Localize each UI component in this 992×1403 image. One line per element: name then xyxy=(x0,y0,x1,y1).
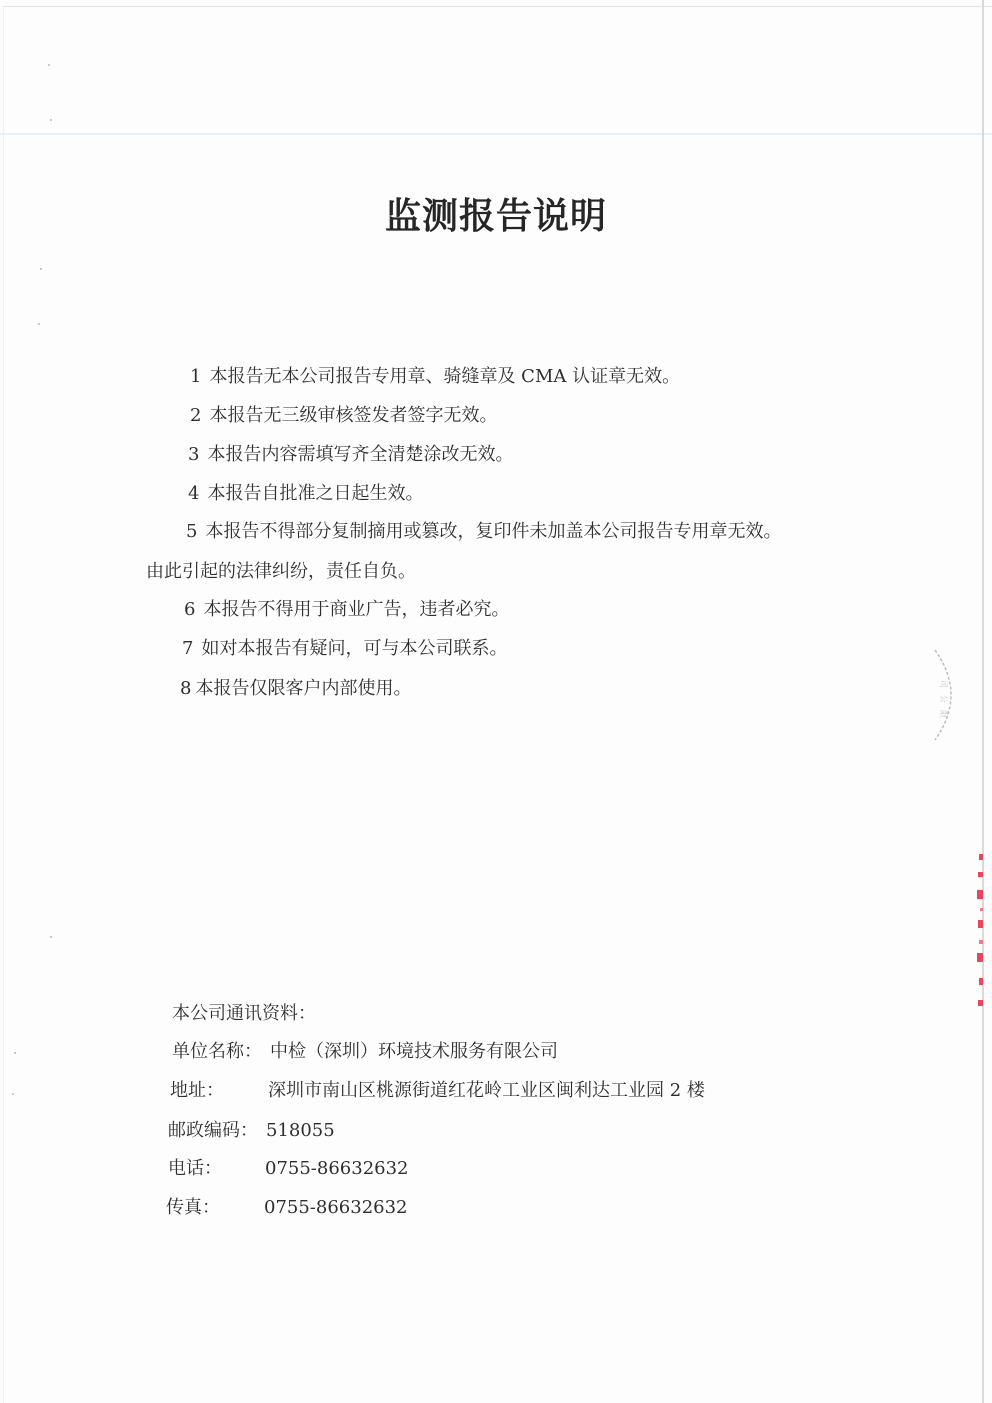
clause-4: 4本报告自批准之日起生效。 xyxy=(188,482,423,506)
postcode-label: 邮政编码： xyxy=(168,1120,258,1141)
clause-1: 1本报告无本公司报告专用章、骑缝章及 CMA 认证章无效。 xyxy=(190,365,680,389)
clause-3: 3本报告内容需填写齐全清楚涂改无效。 xyxy=(188,443,513,467)
address-label: 地址： xyxy=(170,1080,224,1101)
clause-number: 4 xyxy=(188,483,199,504)
scan-speck xyxy=(14,1052,16,1054)
contact-company-row: 单位名称： 中检（深圳）环境技术服务有限公司 xyxy=(172,1040,772,1064)
scan-speck xyxy=(50,936,52,938)
scan-blue-rule xyxy=(0,133,992,135)
page-title: 监测报告说明 xyxy=(0,188,992,239)
clause-text: 本报告无本公司报告专用章、骑缝章及 CMA 认证章无效。 xyxy=(209,366,680,387)
clause-2: 2本报告无三级审核签发者签字无效。 xyxy=(190,404,497,428)
clause-number: 8 xyxy=(180,678,191,699)
company-value: 中检（深圳）环境技术服务有限公司 xyxy=(270,1040,558,1064)
fax-label: 传真： xyxy=(166,1197,220,1218)
clause-8: 8本报告仅限客户内部使用。 xyxy=(180,677,411,701)
scan-top-edge xyxy=(4,6,992,7)
clause-5-continuation: 由此引起的法律纠纷，责任自负。 xyxy=(146,560,416,584)
scan-speck xyxy=(40,268,42,270)
clause-text: 本报告内容需填写齐全清楚涂改无效。 xyxy=(207,444,513,465)
clause-number: 7 xyxy=(182,638,193,659)
svg-text:司: 司 xyxy=(939,680,948,688)
clause-number: 1 xyxy=(190,366,201,387)
phone-value: 0755-86632632 xyxy=(265,1157,409,1181)
fax-value: 0755-86632632 xyxy=(264,1196,408,1220)
contact-phone-row: 电话： 0755-86632632 xyxy=(168,1157,768,1181)
address-value: 深圳市南山区桃源街道红花岭工业区闽利达工业园 2 楼 xyxy=(268,1079,705,1103)
clause-text: 本报告自批准之日起生效。 xyxy=(207,483,423,504)
clause-text: 本报告不得用于商业广告，违者必究。 xyxy=(203,599,509,620)
scan-speck xyxy=(50,119,52,121)
clause-text: 本报告无三级审核签发者签字无效。 xyxy=(209,405,497,426)
clause-7: 7如对本报告有疑问，可与本公司联系。 xyxy=(182,637,507,661)
contact-fax-row: 传真： 0755-86632632 xyxy=(166,1196,766,1220)
clause-5: 5本报告不得部分复制摘用或篡改，复印件未加盖本公司报告专用章无效。 xyxy=(186,520,781,544)
seal-stamp-icon: 司 公 限 xyxy=(905,645,965,745)
company-label: 单位名称： xyxy=(172,1041,262,1062)
scan-speck xyxy=(12,1093,14,1095)
clause-number: 5 xyxy=(186,521,197,542)
svg-text:限: 限 xyxy=(939,710,948,718)
svg-text:公: 公 xyxy=(939,695,948,703)
clause-number: 6 xyxy=(184,599,195,620)
clause-text: 如对本报告有疑问，可与本公司联系。 xyxy=(201,638,507,659)
contact-address-row: 地址： 深圳市南山区桃源街道红花岭工业区闽利达工业园 2 楼 xyxy=(170,1079,770,1103)
phone-label: 电话： xyxy=(168,1158,222,1179)
clause-text: 本报告仅限客户内部使用。 xyxy=(195,678,411,699)
document-page: 监测报告说明 1本报告无本公司报告专用章、骑缝章及 CMA 认证章无效。 2本报… xyxy=(0,0,992,1403)
postcode-value: 518055 xyxy=(266,1119,335,1143)
contact-heading: 本公司通讯资料： xyxy=(172,1002,316,1026)
clause-number: 3 xyxy=(188,444,199,465)
seam-stamp-icon xyxy=(975,850,989,1020)
scan-speck xyxy=(38,323,40,325)
clause-text: 本报告不得部分复制摘用或篡改，复印件未加盖本公司报告专用章无效。 xyxy=(205,521,781,542)
clause-6: 6本报告不得用于商业广告，违者必究。 xyxy=(184,598,509,622)
clause-number: 2 xyxy=(190,405,201,426)
contact-postcode-row: 邮政编码： 518055 xyxy=(168,1119,768,1143)
scan-speck xyxy=(48,64,50,66)
